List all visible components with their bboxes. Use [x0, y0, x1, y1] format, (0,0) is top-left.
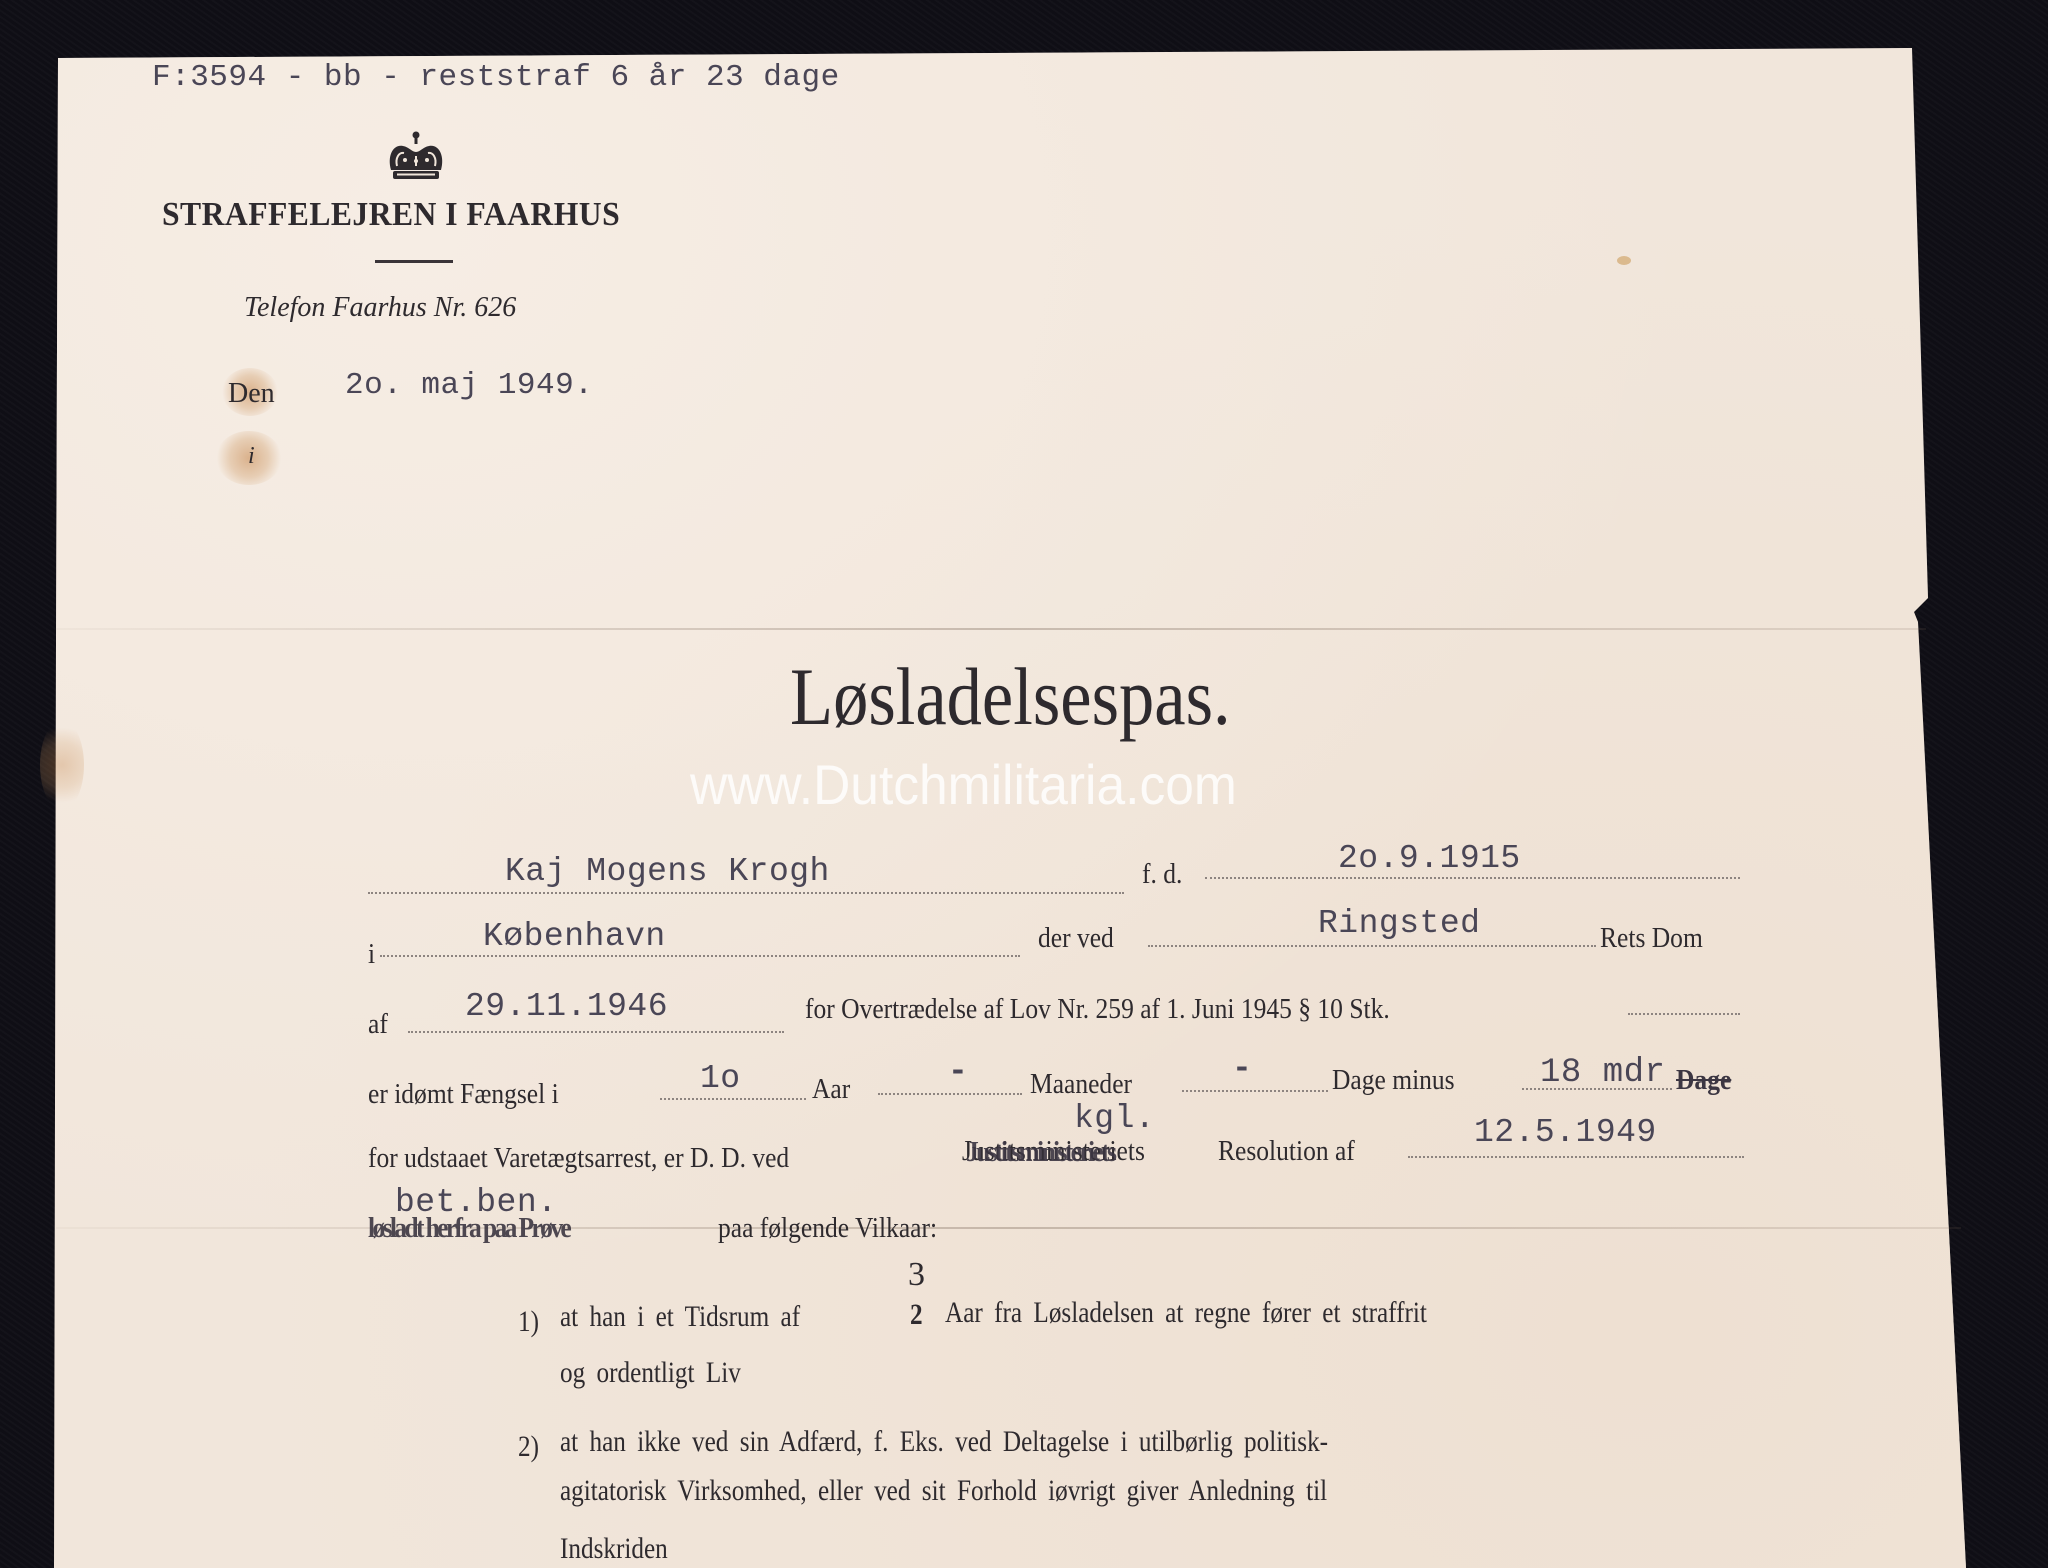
letterhead-rule [375, 260, 453, 263]
place-label: i [248, 443, 255, 470]
sentence-years: 1o [700, 1060, 741, 1097]
judgment-dotted-line [408, 1031, 784, 1033]
resolution-date: 12.5.1949 [1474, 1114, 1657, 1151]
condition-2-number: 2) [518, 1430, 539, 1464]
struck-days-word: Dage [1676, 1064, 1731, 1097]
sentence-months: - [948, 1053, 968, 1090]
offence-dotted-line [1628, 1013, 1740, 1015]
release-printed-struck: løsladt herfra paa Prøve [368, 1212, 569, 1245]
years-label: Aar [812, 1073, 850, 1106]
paper-speck [1617, 256, 1631, 265]
court-dotted-line [1148, 945, 1596, 947]
ministry-typed-over: Justitsministeriets [966, 1136, 1114, 1169]
sentence-label: er idømt Fængsel i [368, 1078, 559, 1111]
resolution-line-start: for udstaaet Varetægtsarrest, er D. D. v… [368, 1142, 789, 1175]
days-minus-label: Dage minus [1332, 1064, 1455, 1097]
condition-1-number: 1) [518, 1305, 539, 1339]
condition-1-text-after: Aar fra Løsladelsen at regne fører et st… [945, 1296, 1427, 1330]
birth-dotted-line [1205, 877, 1740, 879]
document-date: 2o. maj 1949. [345, 368, 593, 403]
stain-edge [40, 720, 84, 810]
minus-value: 18 mdr [1540, 1054, 1665, 1092]
name-dotted-line [368, 892, 1124, 894]
fold-line-upper [56, 628, 1926, 630]
resolution-label: Resolution af [1218, 1135, 1355, 1168]
condition-1-text-before: at han i et Tidsrum af [560, 1300, 800, 1334]
birth-label: f. d. [1142, 858, 1182, 891]
offence-text: for Overtrædelse af Lov Nr. 259 af 1. Ju… [805, 993, 1390, 1026]
court-label-after: Rets Dom [1600, 922, 1703, 955]
document-title: Løsladelsespas. [790, 650, 1231, 744]
residence-dotted-line [380, 955, 1020, 957]
condition-1-years: 2 [910, 1298, 923, 1332]
judgment-date-label: af [368, 1008, 388, 1041]
judgment-date: 29.11.1946 [465, 988, 668, 1025]
fold-line-lower [56, 1227, 1961, 1229]
condition-2-line-1: at han ikke ved sin Adfærd, f. Eks. ved … [560, 1425, 1328, 1459]
court-name: Ringsted [1318, 905, 1480, 942]
resolution-dotted-line [1408, 1156, 1744, 1158]
birth-date: 2o.9.1915 [1338, 840, 1521, 877]
residence-label: i [368, 938, 375, 971]
institution-name: STRAFFELEJREN I FAARHUS [162, 196, 620, 234]
telephone-line: Telefon Faarhus Nr. 626 [244, 292, 516, 324]
ministry-overtype: Justitsministeriets Justitsministeriets [962, 1135, 1212, 1175]
crown-icon [385, 130, 447, 182]
condition-1-correction: 3 [908, 1256, 925, 1294]
days-dotted-line [1182, 1090, 1328, 1092]
condition-2-line-2: agitatorisk Virksomhed, eller ved sit Fo… [560, 1474, 1327, 1508]
date-label: Den [228, 378, 275, 410]
release-suffix: paa følgende Vilkaar: [718, 1212, 937, 1245]
years-dotted-line [660, 1098, 806, 1100]
royal-abbrev: kgl. [1074, 1100, 1155, 1137]
court-label-before: der ved [1038, 922, 1114, 955]
sentence-days: - [1232, 1050, 1252, 1087]
watermark: www.Dutchmilitaria.com [690, 752, 1237, 817]
months-label: Maaneder [1030, 1068, 1132, 1101]
reference-line: F:3594 - bb - reststraf 6 år 23 dage [152, 60, 840, 95]
condition-2-line-3: Indskriden [560, 1532, 668, 1566]
release-overtype: løsladt herfra paa Prøve [368, 1212, 688, 1252]
prisoner-name: Kaj Mogens Krogh [505, 853, 830, 890]
months-dotted-line [878, 1093, 1022, 1095]
condition-1-line-2: og ordentligt Liv [560, 1356, 741, 1390]
residence-city: København [483, 918, 666, 955]
